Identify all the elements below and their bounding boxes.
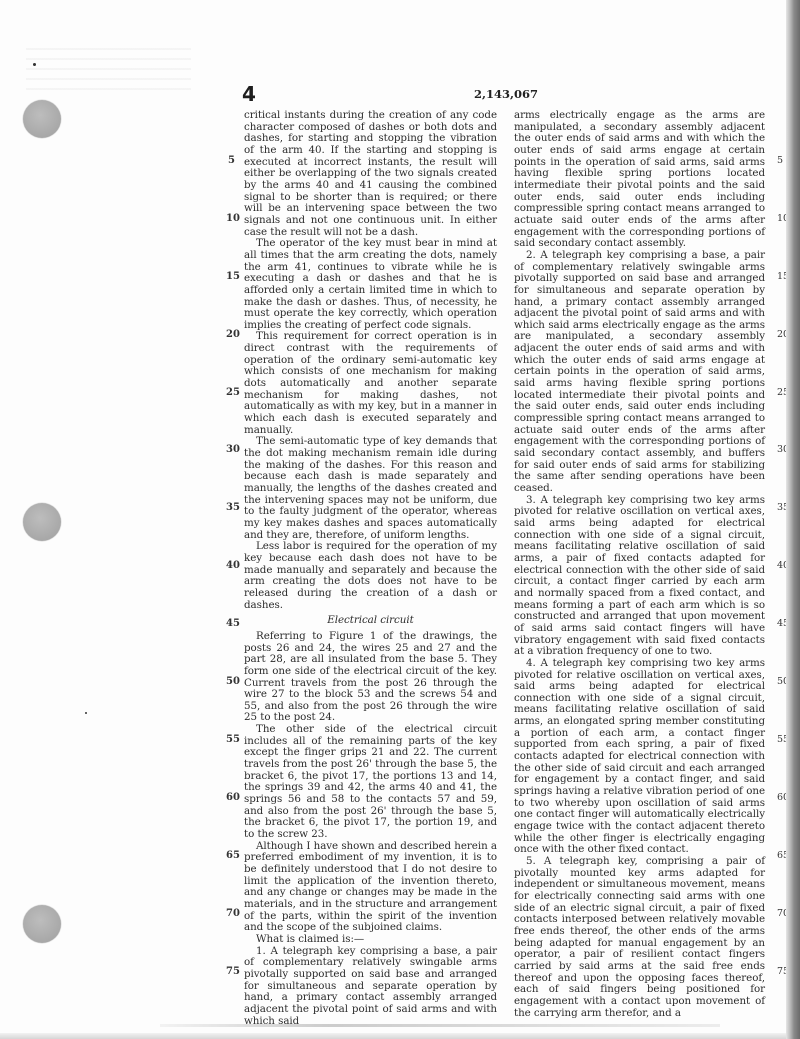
scanner-right-edge [786,0,800,1039]
paragraph: arms electrically engage as the arms are… [514,110,765,250]
paragraph: critical instants during the creation of… [244,110,497,238]
claims-intro: What is claimed is:— [244,934,497,946]
line-number: 35 [226,502,240,513]
line-number: 10 [226,213,240,224]
line-number: 45 [226,618,240,629]
line-number: 60 [226,792,240,803]
line-number: 55 [226,734,240,745]
line-number: 5 [228,155,235,166]
paragraph: The semi-automatic type of key demands t… [244,436,497,541]
bleed-through-text [26,8,191,20]
section-heading: Electrical circuit [244,615,497,627]
claim-4: 4. A telegraph key comprising two key ar… [514,658,765,856]
claim-2: 2. A telegraph key comprising a base, a … [514,250,765,495]
scanner-bottom-edge [0,1033,786,1039]
binder-hole-top [23,100,61,138]
claim-3: 3. A telegraph key comprising two key ar… [514,495,765,658]
line-number: 65 [226,850,240,861]
line-number: 50 [226,676,240,687]
line-number: 40 [226,560,240,571]
line-number: 15 [226,271,240,282]
bleed-through-lines [26,40,191,90]
right-column: arms electrically engage as the arms are… [514,110,765,1019]
claim-1: 1. A telegraph key comprising a base, a … [244,946,497,1028]
paragraph: Referring to Figure 1 of the drawings, t… [244,631,497,724]
scan-speck [33,63,36,66]
line-number: 20 [226,329,240,340]
line-number: 25 [226,387,240,398]
paragraph: Less labor is required for the operation… [244,541,497,611]
line-number: 70 [226,908,240,919]
paragraph: The other side of the electrical circuit… [244,724,497,841]
scan-artifact-bottom [160,1024,720,1027]
line-number: 5 [777,155,783,166]
page-number: 4 [242,82,256,106]
left-column: critical instants during the creation of… [244,110,497,1027]
scan-speck [85,712,87,714]
paragraph: Although I have shown and described here… [244,841,497,934]
paragraph: The operator of the key must bear in min… [244,238,497,331]
patent-page: 4 2,143,067 5 10 15 20 25 30 35 40 45 50… [0,0,800,1039]
line-number: 75 [226,966,240,977]
binder-hole-bottom [23,905,61,943]
binder-hole-middle [23,503,61,541]
paragraph: This requirement for correct operation i… [244,331,497,436]
claim-5: 5. A telegraph key, comprising a pair of… [514,856,765,1019]
line-number: 30 [226,444,240,455]
patent-number: 2,143,067 [474,87,538,101]
